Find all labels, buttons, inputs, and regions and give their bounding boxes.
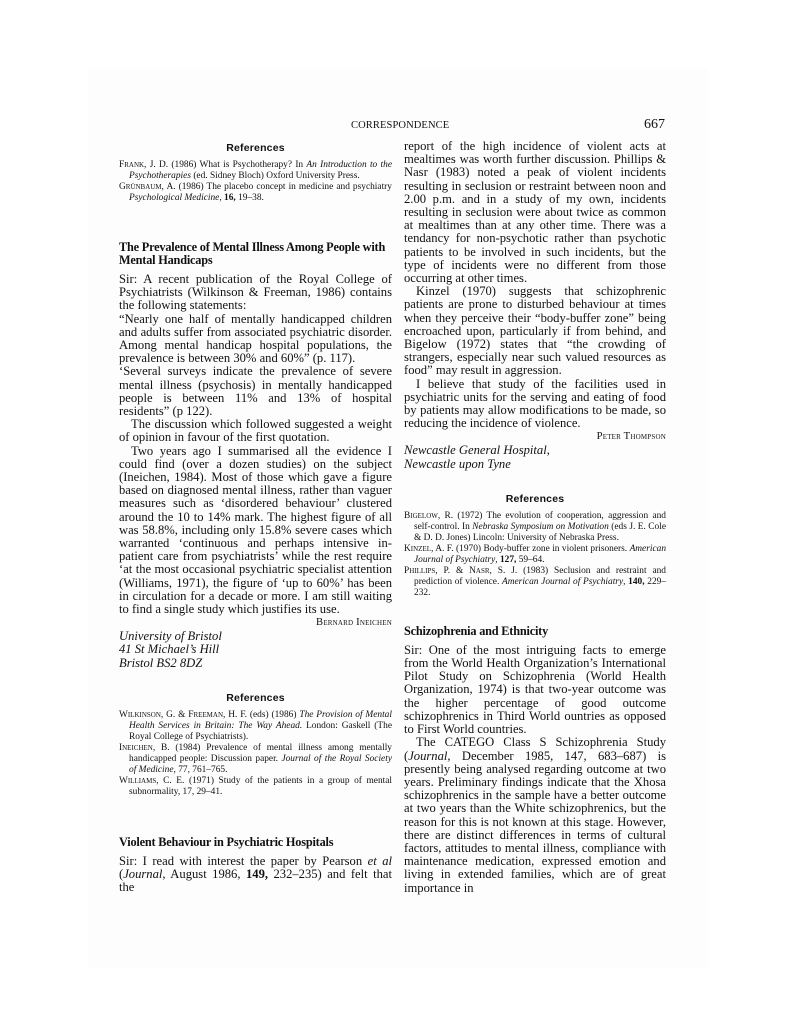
reference-author: Ineichen, B. [119, 743, 170, 753]
reference-list: Wilkinson, G. & Freeman, H. F. (eds) (19… [119, 710, 392, 798]
references-heading: References [119, 142, 392, 154]
author-address: University of Bristol 41 St Michael’s Hi… [119, 630, 392, 670]
running-head: CORRESPONDENCE 667 [119, 118, 665, 134]
paragraph-text: Sir: I read with interest the paper by P… [119, 854, 368, 868]
reference-text: (eds) (1986) [247, 710, 299, 720]
article-title: Violent Behaviour in Psychiatric Hospita… [119, 836, 392, 849]
reference-item: Kinzel, A. F. (1970) Body-buffer zone in… [404, 544, 666, 566]
reference-item: Williams, C. E. (1971) Study of the pati… [119, 776, 392, 798]
paragraph-text: , August 1986, [162, 867, 246, 881]
address-line: Newcastle General Hospital, [404, 444, 666, 457]
article-title: Schizophrenia and Ethnicity [404, 625, 666, 638]
references-section-1: References Frank, J. D. (1986) What is P… [119, 142, 392, 204]
right-column: report of the high incidence of violent … [404, 140, 666, 895]
reference-text: (1986) The placebo concept in medicine a… [176, 182, 392, 192]
paragraph: Sir: I read with interest the paper by P… [119, 855, 392, 895]
author-address: Newcastle General Hospital, Newcastle up… [404, 444, 666, 470]
paragraph: The discussion which followed suggested … [119, 418, 392, 444]
reference-text: , 77, 761–765. [174, 765, 228, 775]
reference-text: (1970) Body-buffer zone in violent priso… [454, 544, 630, 554]
journal-volume: 149, [246, 867, 268, 881]
author-signature: Peter Thompson [404, 430, 666, 443]
reference-book-title: Nebraska Symposium on Motivation [472, 522, 609, 532]
reference-item: Frank, J. D. (1986) What is Psychotherap… [119, 160, 392, 182]
reference-list: Frank, J. D. (1986) What is Psychotherap… [119, 160, 392, 204]
references-heading: References [404, 493, 666, 505]
reference-journal: American Journal of Psychiatry [502, 577, 623, 587]
reference-journal: Psychological Medicine [129, 193, 219, 203]
quotation: ‘Several surveys indicate the prevalence… [119, 365, 392, 418]
paragraph: Sir: One of the most intriguing facts to… [404, 644, 666, 736]
reference-volume: 127, [500, 555, 516, 565]
reference-text: (1986) What is Psychotherapy? In [168, 160, 306, 170]
letter-violent-behaviour-continued: report of the high incidence of violent … [404, 140, 666, 471]
reference-item: Wilkinson, G. & Freeman, H. F. (eds) (19… [119, 710, 392, 743]
reference-author: Wilkinson, G. & Freeman, H. F. [119, 710, 247, 720]
address-line: Newcastle upon Tyne [404, 458, 666, 471]
quotation: “Nearly one half of mentally handicapped… [119, 313, 392, 366]
reference-item: Bigelow, R. (1972) The evolution of coop… [404, 511, 666, 544]
paragraph: Sir: A recent publication of the Royal C… [119, 273, 392, 313]
author-signature: Bernard Ineichen [119, 616, 392, 629]
paragraph: Two years ago I summarised all the evide… [119, 445, 392, 617]
reference-author: Grünbaum, A. [119, 182, 176, 192]
page-number: 667 [644, 117, 665, 133]
reference-item: Grünbaum, A. (1986) The placebo concept … [119, 182, 392, 204]
left-column: References Frank, J. D. (1986) What is P… [119, 140, 392, 895]
reference-volume: 16, [224, 193, 236, 203]
address-line: Bristol BS2 8DZ [119, 657, 392, 670]
reference-item: Phillips, P. & Nasr, S. J. (1983) Seclus… [404, 566, 666, 599]
journal-name: Journal [123, 867, 162, 881]
paragraph: I believe that study of the facilities u… [404, 378, 666, 431]
reference-author: Phillips, P. & Nasr, S. J. [404, 566, 517, 576]
references-heading: References [119, 692, 392, 704]
paragraph: Kinzel (1970) suggests that schizophreni… [404, 285, 666, 377]
reference-text: (ed. Sidney Bloch) Oxford University Pre… [191, 171, 360, 181]
reference-author: Williams, C. E. [119, 776, 184, 786]
letter-schizophrenia-ethnicity: Schizophrenia and Ethnicity Sir: One of … [404, 625, 666, 895]
reference-list: Bigelow, R. (1972) The evolution of coop… [404, 511, 666, 599]
running-title: CORRESPONDENCE [351, 120, 449, 131]
reference-author: Kinzel, A. F. [404, 544, 454, 554]
article-title: The Prevalence of Mental Illness Among P… [119, 241, 392, 267]
letter-violent-behaviour: Violent Behaviour in Psychiatric Hospita… [119, 836, 392, 895]
references-section-2: References Wilkinson, G. & Freeman, H. F… [119, 692, 392, 798]
reference-pages: 59–64. [516, 555, 544, 565]
reference-pages: 19–38. [236, 193, 264, 203]
reference-volume: 140, [628, 577, 644, 587]
journal-name: Journal [408, 749, 447, 763]
paragraph-text: , December 1985, 147, 683–687) is presen… [404, 749, 666, 895]
address-line: 41 St Michael’s Hill [119, 643, 392, 656]
reference-item: Ineichen, B. (1984) Prevalence of mental… [119, 743, 392, 776]
references-section-3: References Bigelow, R. (1972) The evolut… [404, 493, 666, 599]
paragraph: The CATEGO Class S Schizophrenia Study (… [404, 736, 666, 894]
letter-prevalence-mental-illness: The Prevalence of Mental Illness Among P… [119, 241, 392, 670]
reference-author: Frank, J. D. [119, 160, 168, 170]
reference-author: Bigelow, R. [404, 511, 453, 521]
et-al: et al [368, 854, 392, 868]
paragraph: report of the high incidence of violent … [404, 140, 666, 285]
